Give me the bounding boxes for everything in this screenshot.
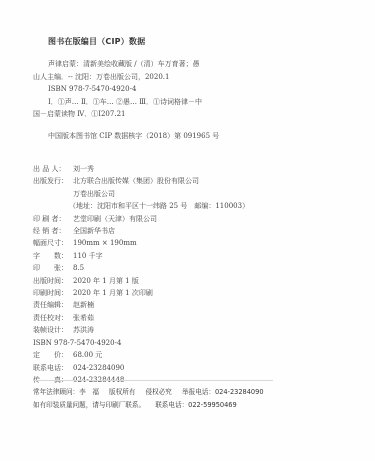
price-value: 68.00 元 <box>73 349 102 361</box>
designer-row: 装帧设计： 苏洪涛 <box>33 324 249 336</box>
piracy-notice: 侵权必究 <box>146 388 172 396</box>
designer-label: 装帧设计： <box>33 324 73 336</box>
footer-divider <box>33 380 273 381</box>
price-label: 定 价： <box>33 349 73 361</box>
producer-label: 出 品 人： <box>33 163 73 175</box>
report-phone: 举报电话：024-23284090 <box>182 388 264 396</box>
sheets-value: 8.5 <box>73 262 84 274</box>
legal-footer: 常年法律顾问：李 福 版权所有 侵权必究 举报电话：024-23284090 如… <box>33 386 272 411</box>
print-date-value: 2020 年 1 月第 1 次印刷 <box>73 287 153 299</box>
publication-info: 出 品 人： 刘一秀 出版发行： 北方联合出版传媒（集团）股份有限公司 万卷出版… <box>33 163 249 386</box>
publisher-row-2: 万卷出版公司 <box>33 188 249 200</box>
word-count-value: 110 千字 <box>73 250 103 262</box>
isbn-value: ISBN 978-7-5470-4920-4 <box>33 337 121 349</box>
size-row: 幅面尺寸： 190mm × 190mm <box>33 237 249 249</box>
proofreader-row: 责任校对： 张希茹 <box>33 312 249 324</box>
cip-line-title: 声律启蒙：清新美绘收藏版 /（清）车万育著；愚 <box>33 58 223 71</box>
publisher-value-2: 万卷出版公司 <box>73 188 115 200</box>
cip-title: 图书在版编目（CIP）数据 <box>48 36 145 47</box>
copyright-page: 图书在版编目（CIP）数据 声律启蒙：清新美绘收藏版 /（清）车万育著；愚 山人… <box>0 0 375 461</box>
printer-row: 印 刷 者： 艺堂印刷（天津）有限公司 <box>33 213 249 225</box>
word-count-row: 字 数： 110 千字 <box>33 250 249 262</box>
legal-advisor: 常年法律顾问：李 福 <box>33 388 99 396</box>
publisher-address: （地址：沈阳市和平区十一纬路 25 号 邮编：110003） <box>69 200 249 212</box>
distributor-row: 经 销 者： 全国新华书店 <box>33 225 249 237</box>
printer-label: 印 刷 者： <box>33 213 73 225</box>
publisher-label: 出版发行： <box>33 175 73 187</box>
word-count-label: 字 数： <box>33 250 73 262</box>
cip-line-subjects: Ⅰ．①声… Ⅱ．①车… ②愚… Ⅲ．①诗词格律－中 <box>33 96 223 109</box>
sheets-row: 印 张： 8.5 <box>33 262 249 274</box>
price-row: 定 价： 68.00 元 <box>33 349 249 361</box>
size-label: 幅面尺寸： <box>33 237 73 249</box>
proofreader-label: 责任校对： <box>33 312 73 324</box>
cip-line-classification: 国－启蒙读物 Ⅳ．①I207.21 <box>33 108 223 121</box>
distributor-value: 全国新华书店 <box>73 225 115 237</box>
quality-notice: 如有印装质量问题，请与印刷厂联系。 <box>33 401 145 409</box>
footer-line-2: 如有印装质量问题，请与印刷厂联系。 联系电话：022-59950469 <box>33 399 272 412</box>
print-date-row: 印刷时间： 2020 年 1 月第 1 次印刷 <box>33 287 249 299</box>
editor-value: 赵新楠 <box>73 299 94 311</box>
publisher-value: 北方联合出版传媒（集团）股份有限公司 <box>73 175 199 187</box>
editor-label: 责任编辑： <box>33 299 73 311</box>
cip-data-block: 声律启蒙：清新美绘收藏版 /（清）车万育著；愚 山人主编．-- 沈阳：万卷出版公… <box>33 58 223 121</box>
print-date-label: 印刷时间： <box>33 287 73 299</box>
phone-row: 联系电话： 024-23284090 <box>33 362 249 374</box>
editor-row: 责任编辑： 赵新楠 <box>33 299 249 311</box>
distributor-label: 经 销 者： <box>33 225 73 237</box>
publisher-row: 出版发行： 北方联合出版传媒（集团）股份有限公司 <box>33 175 249 187</box>
cip-library-number: 中国版本图书馆 CIP 数据核字（2018）第 091965 号 <box>48 131 219 141</box>
printer-contact: 联系电话：022-59950469 <box>155 401 237 409</box>
producer-value: 刘一秀 <box>73 163 94 175</box>
pub-date-value: 2020 年 1 月第 1 版 <box>73 275 139 287</box>
publisher-address-row: （地址：沈阳市和平区十一纬路 25 号 邮编：110003） <box>33 200 249 212</box>
phone-label: 联系电话： <box>33 362 73 374</box>
designer-value: 苏洪涛 <box>73 324 94 336</box>
sheets-label: 印 张： <box>33 262 73 274</box>
footer-line-1: 常年法律顾问：李 福 版权所有 侵权必究 举报电话：024-23284090 <box>33 386 272 399</box>
pub-date-row: 出版时间： 2020 年 1 月第 1 版 <box>33 275 249 287</box>
producer-row: 出 品 人： 刘一秀 <box>33 163 249 175</box>
isbn-row: ISBN 978-7-5470-4920-4 <box>33 337 249 349</box>
printer-value: 艺堂印刷（天津）有限公司 <box>73 213 157 225</box>
proofreader-value: 张希茹 <box>73 312 94 324</box>
rights-notice: 版权所有 <box>109 388 135 396</box>
cip-line-publisher: 山人主编．-- 沈阳：万卷出版公司，2020.1 <box>33 71 223 84</box>
cip-line-isbn: ISBN 978-7-5470-4920-4 <box>33 83 223 96</box>
phone-value: 024-23284090 <box>73 362 124 374</box>
pub-date-label: 出版时间： <box>33 275 73 287</box>
size-value: 190mm × 190mm <box>73 237 137 249</box>
